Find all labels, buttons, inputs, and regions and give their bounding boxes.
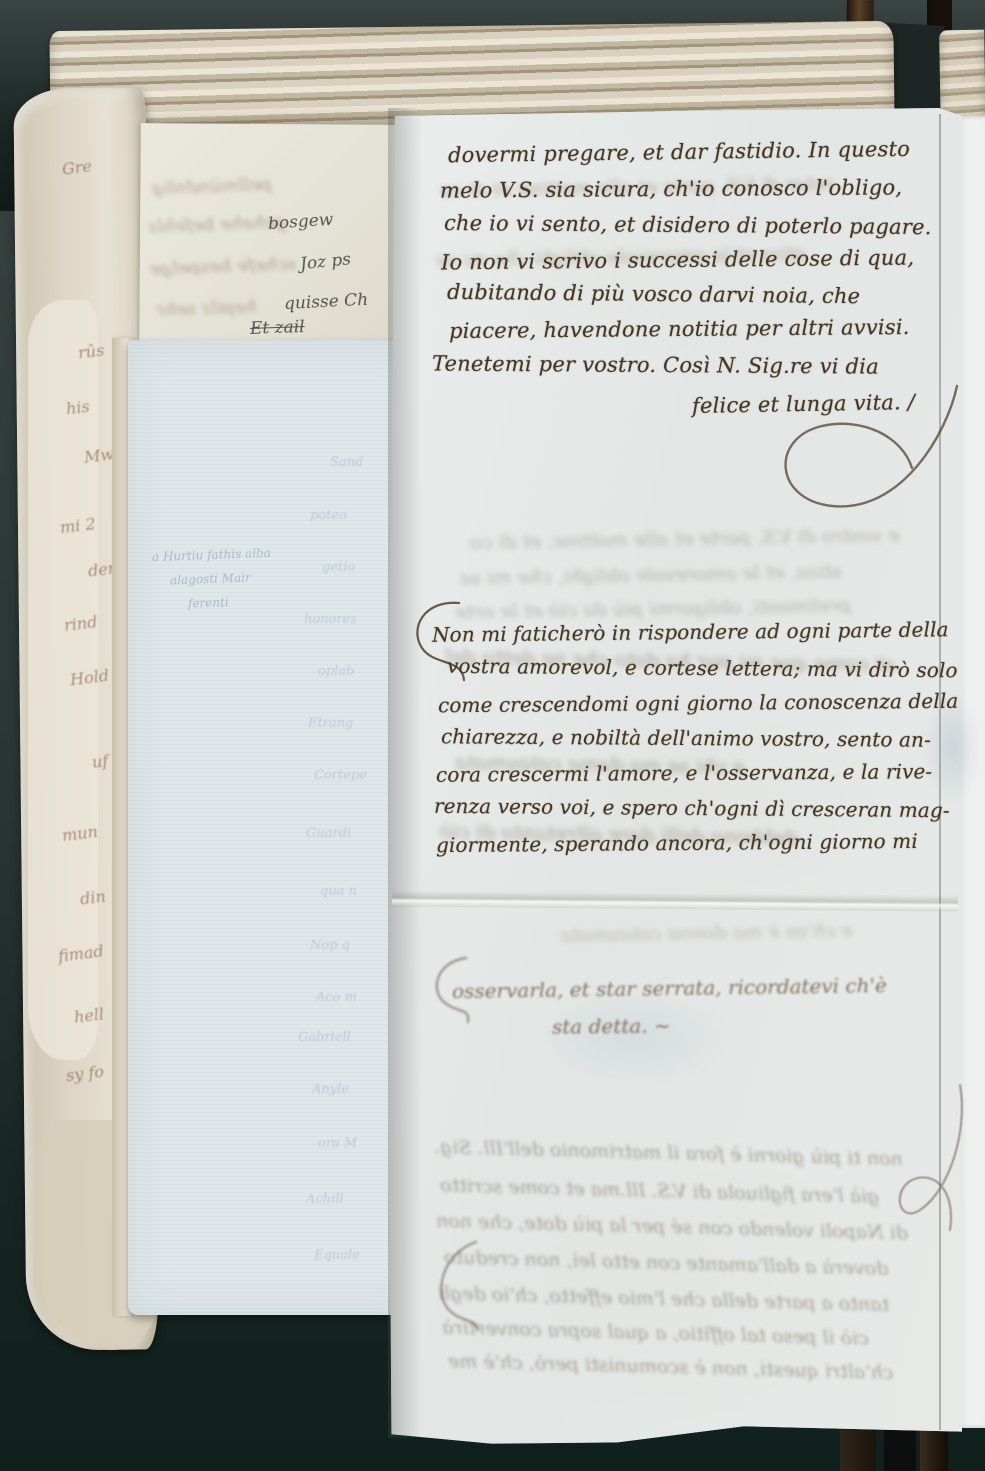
faint-column-word: Cortepe	[314, 768, 367, 783]
letter-line: Tenetemi per vostro. Così N. Sig.re vi d…	[432, 351, 879, 378]
faint-note-line: ferenti	[188, 595, 229, 610]
manuscript-photo: Gre rûs his Mw mi 2 der rind Hold uf mun…	[0, 0, 985, 1471]
letter-line: vostra amorevol, e cortese lettera; ma v…	[447, 654, 958, 682]
faint-column-word: ora M	[318, 1136, 357, 1151]
ink-fragment: Gre	[61, 156, 93, 179]
ink-fragment: rûs	[77, 340, 105, 362]
faint-column-word: poteo	[310, 508, 347, 523]
bleedthrough-line: hepilz sehr	[156, 296, 257, 320]
faint-column-word: Nop q	[310, 938, 350, 953]
faint-column-word: getio	[322, 560, 355, 575]
ink-fragment: his	[65, 397, 91, 419]
letter-line: dubitando di più vosco darvi noia, che	[447, 280, 860, 308]
faint-note-line: alagosti Mair	[170, 571, 251, 588]
letter-line: come crescendomi ogni giorno la conoscen…	[438, 689, 959, 718]
ink-fragment: Mw	[83, 444, 115, 467]
faint-column-word: Sand	[330, 455, 363, 470]
letter-line: giormente, sperando ancora, ch'ogni gior…	[436, 829, 918, 857]
faint-column-word: oplab	[318, 664, 354, 679]
letter-line: cora crescermi l'amore, e l'osservanza, …	[436, 759, 932, 786]
binding-post-icon	[884, 1426, 916, 1471]
letter-line: chiarezza, e nobiltà dell'animo vostro, …	[441, 724, 931, 751]
ink-stroke: Et zail	[250, 317, 305, 339]
gutter-shadow	[388, 108, 422, 1438]
flourish-stroke-icon	[752, 378, 962, 528]
faint-column-word: Anyle	[312, 1082, 349, 1097]
letter-line: melo V.S. sia sicura, ch'io conosco l'ob…	[440, 175, 902, 202]
ink-fragment: rind	[63, 612, 98, 635]
faint-column-word: Equale	[314, 1248, 360, 1263]
faded-letter-line: sta detta. ~	[552, 1013, 671, 1038]
ink-fragment: din	[79, 887, 107, 909]
faint-column-word: Etrang	[308, 716, 353, 731]
letter-line: piacere, havendone notitia per altri avv…	[449, 315, 910, 343]
faint-column-word: Aco m	[316, 990, 357, 1005]
faint-column-word: qua n	[320, 884, 357, 899]
ink-fragment: hell	[73, 1004, 105, 1027]
ink-fragment: uf	[91, 751, 109, 772]
faint-column-word: Gabriell	[298, 1030, 351, 1045]
faint-column-word: honores	[304, 612, 357, 627]
faint-column-word: Guardi	[306, 826, 351, 841]
letter-line: Io non vi scrivo i successi delle cose d…	[441, 246, 914, 275]
blank-blue-sheet	[128, 340, 428, 1315]
faint-column-word: Achill	[306, 1192, 344, 1207]
binding-post-icon	[920, 1426, 948, 1471]
letter-line: che io vi sento, et disidero di poterlo …	[444, 211, 932, 239]
bleedthrough-line: pellmündnlig	[152, 174, 273, 199]
letter-line: renza verso voi, e spero ch'ogni dì cres…	[434, 794, 950, 822]
binding-post-icon	[840, 1430, 876, 1471]
